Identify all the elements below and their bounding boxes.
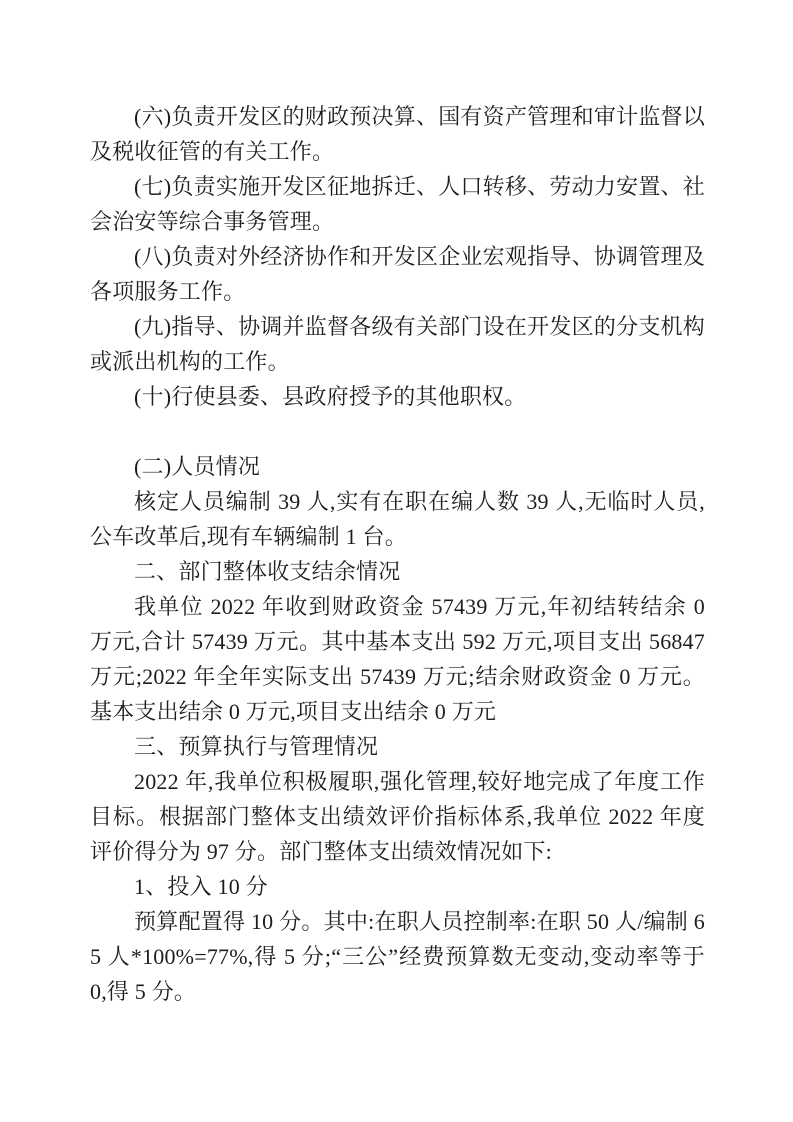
duty-item-ten: (十)行使县委、县政府授予的其他职权。 <box>90 379 705 414</box>
personnel-details: 核定人员编制 39 人,实有在职在编人数 39 人,无临时人员,公车改革后,现有… <box>90 484 705 554</box>
heading-personnel-situation: (二)人员情况 <box>90 449 705 484</box>
revenue-expenditure-details: 我单位 2022 年收到财政资金 57439 万元,年初结转结余 0 万元,合计… <box>90 589 705 729</box>
duty-item-six: (六)负责开发区的财政预决算、国有资产管理和审计监督以及税收征管的有关工作。 <box>90 99 705 169</box>
heading-section-two-revenue-expenditure: 二、部门整体收支结余情况 <box>90 554 705 589</box>
duty-item-seven: (七)负责实施开发区征地拆迁、人口转移、劳动力安置、社会治安等综合事务管理。 <box>90 169 705 239</box>
input-score-details: 预算配置得 10 分。其中:在职人员控制率:在职 50 人/编制 65 人*10… <box>90 904 705 1009</box>
heading-input-score: 1、投入 10 分 <box>90 869 705 904</box>
document-body: (六)负责开发区的财政预决算、国有资产管理和审计监督以及税收征管的有关工作。 (… <box>90 99 705 1009</box>
budget-management-summary: 2022 年,我单位积极履职,强化管理,较好地完成了年度工作目标。根据部门整体支… <box>90 764 705 869</box>
document-page: (六)负责开发区的财政预决算、国有资产管理和审计监督以及税收征管的有关工作。 (… <box>0 0 793 1122</box>
duty-item-eight: (八)负责对外经济协作和开发区企业宏观指导、协调管理及各项服务工作。 <box>90 239 705 309</box>
duty-item-nine: (九)指导、协调并监督各级有关部门设在开发区的分支机构或派出机构的工作。 <box>90 309 705 379</box>
heading-section-three-budget-management: 三、预算执行与管理情况 <box>90 729 705 764</box>
blank-line <box>90 414 705 449</box>
